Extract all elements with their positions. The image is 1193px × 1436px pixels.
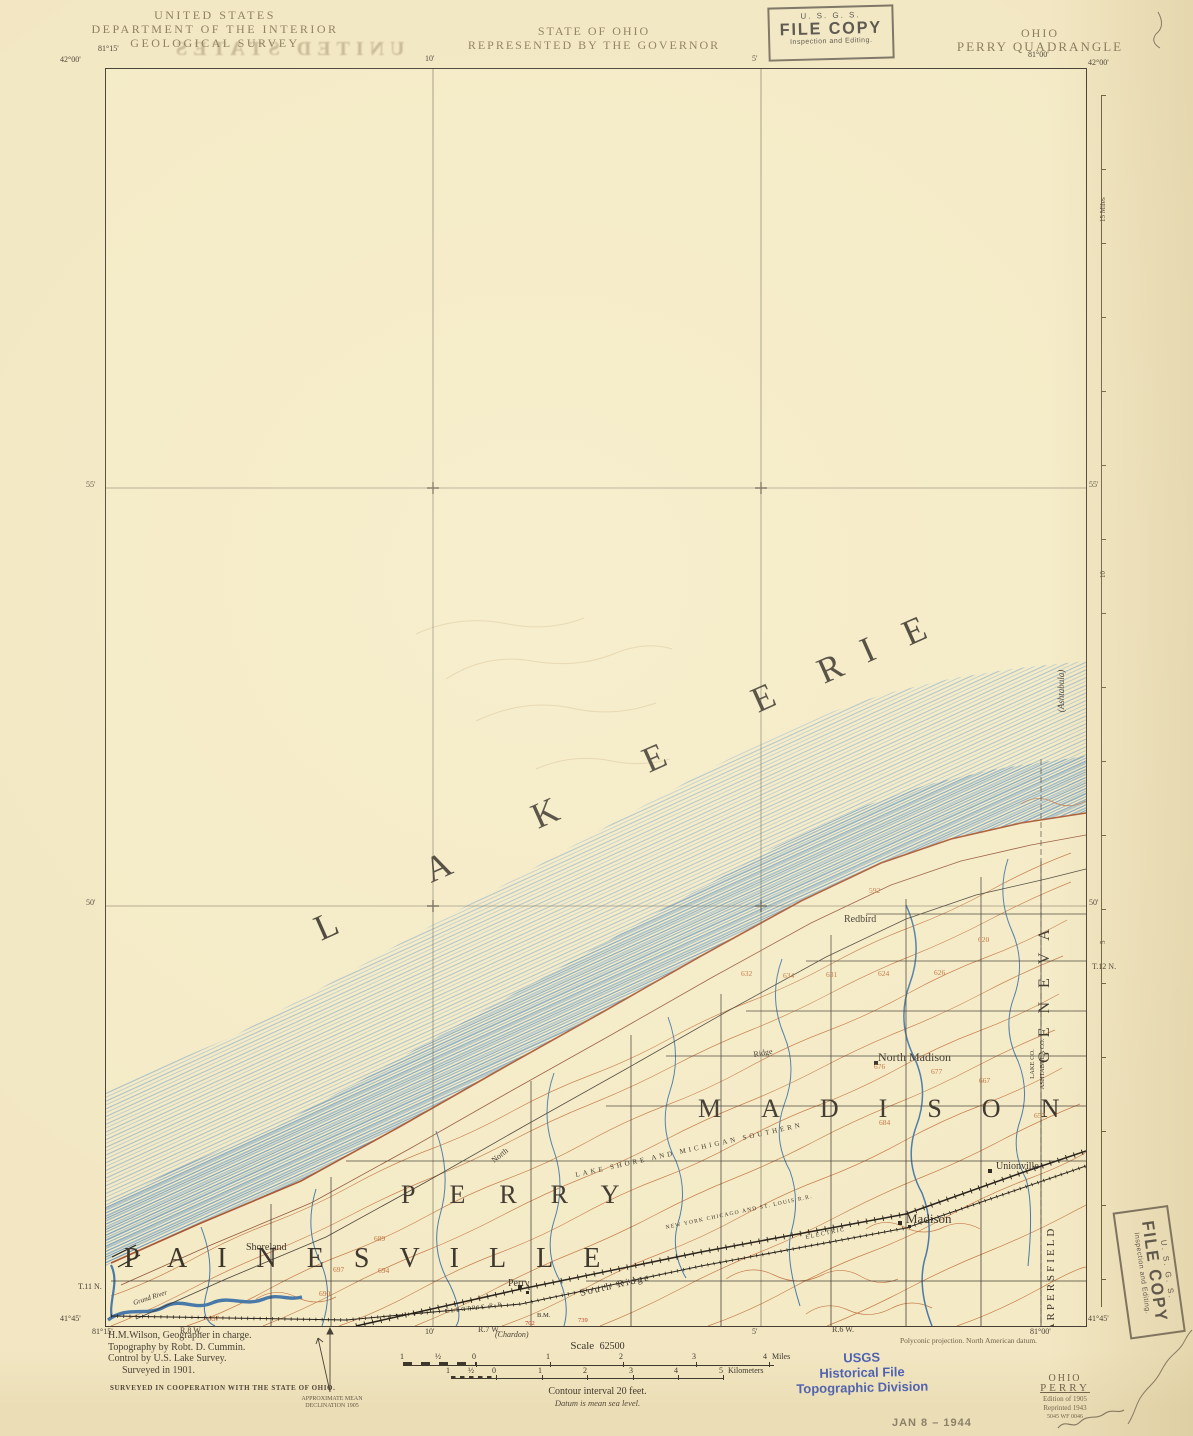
annotations-overlay bbox=[0, 0, 1193, 1436]
declination-diagram bbox=[316, 1328, 333, 1392]
map-sheet: UNITED STATES UNITED STATES DEPARTMENT O… bbox=[0, 0, 1193, 1436]
